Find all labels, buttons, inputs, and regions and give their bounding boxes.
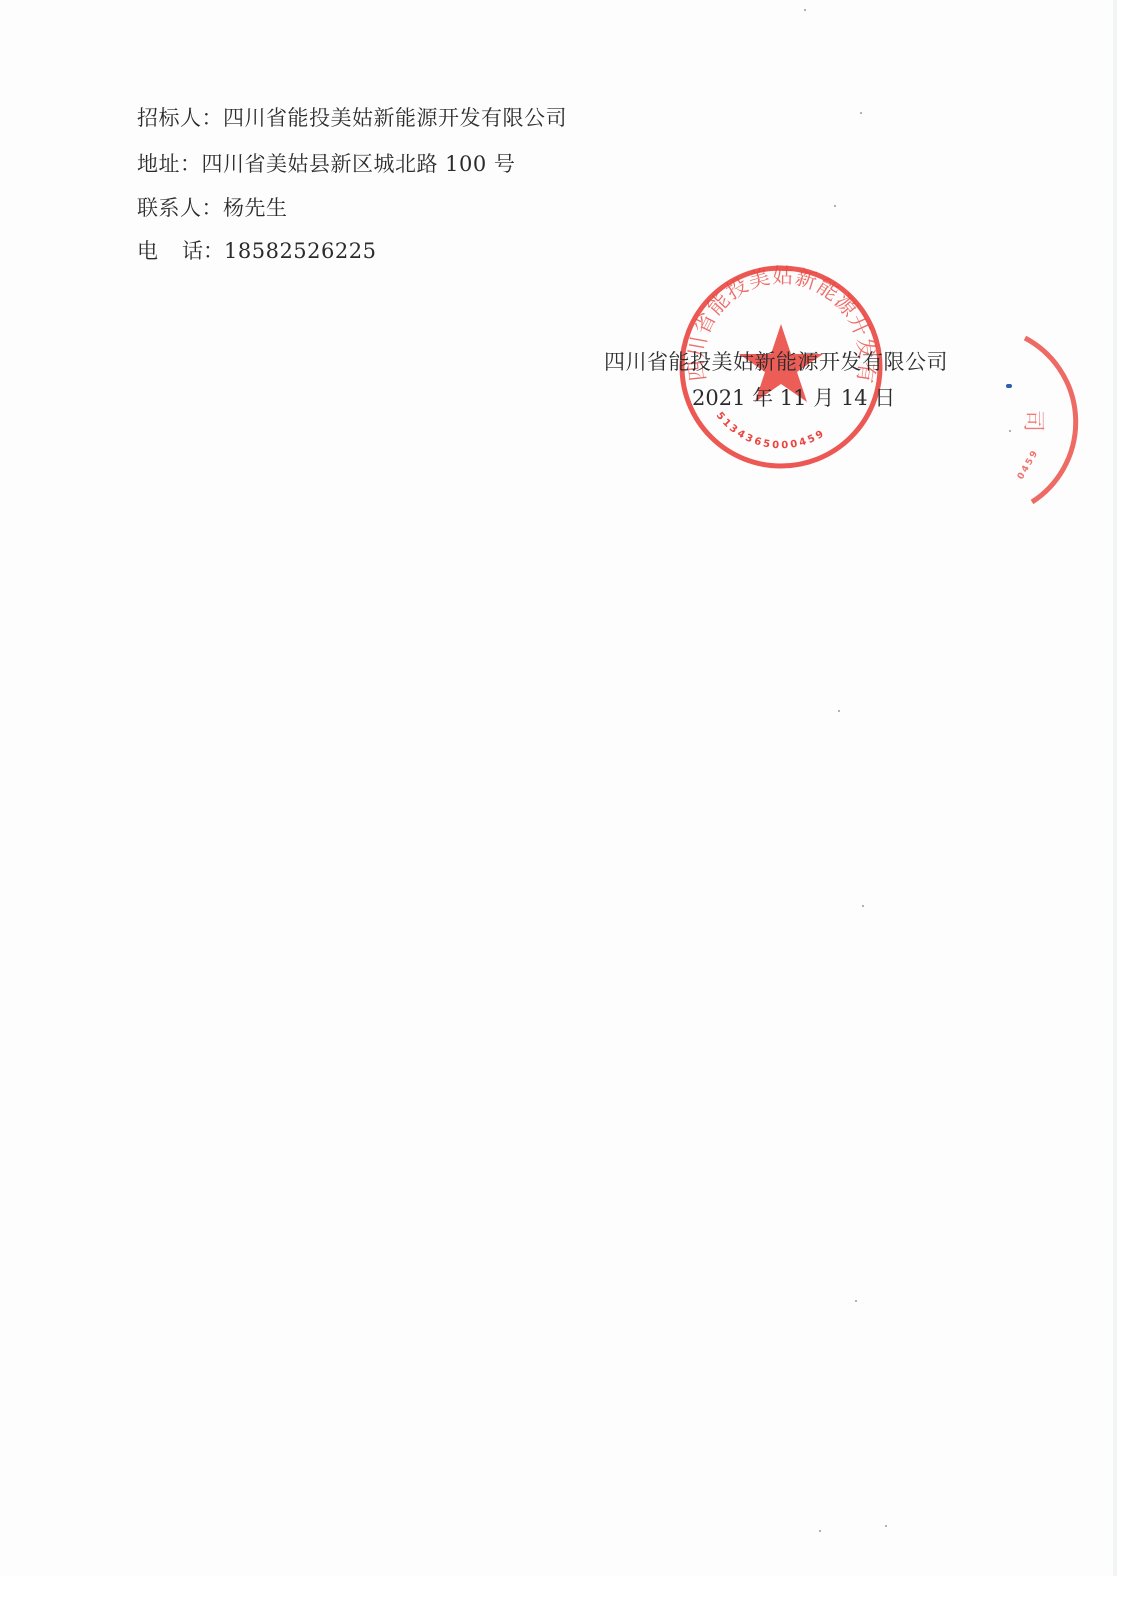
signature-date: 2021 年 11 月 14 日 xyxy=(692,384,895,412)
phone-label-char2: 话： xyxy=(182,239,224,263)
scan-dust xyxy=(834,205,836,207)
tenderer-value: 四川省能投美姑新能源开发有限公司 xyxy=(223,106,567,130)
signature-company: 四川省能投美姑新能源开发有限公司 xyxy=(604,348,948,376)
svg-text:0459: 0459 xyxy=(1016,448,1041,482)
address-value: 四川省美姑县新区城北路 100 号 xyxy=(202,152,516,176)
address-label: 地址： xyxy=(137,152,202,176)
contact-value: 杨先生 xyxy=(223,196,288,220)
phone-value: 18582526225 xyxy=(224,239,376,263)
scan-dust xyxy=(862,905,864,907)
address-line: 地址：四川省美姑县新区城北路 100 号 xyxy=(137,150,515,178)
phone-line: 电话：18582526225 xyxy=(137,237,376,265)
scan-dust xyxy=(860,112,862,114)
tenderer-line: 招标人：四川省能投美姑新能源开发有限公司 xyxy=(137,104,567,132)
scan-dust xyxy=(855,1300,857,1302)
svg-text:5134365000459: 5134365000459 xyxy=(714,410,828,451)
svg-text:司: 司 xyxy=(1020,410,1045,432)
scan-dust xyxy=(885,1525,887,1527)
scan-edge xyxy=(1113,0,1117,1576)
tenderer-label: 招标人： xyxy=(137,106,223,130)
phone-label: 电话： xyxy=(137,239,224,263)
partial-seal: 司 0459 xyxy=(980,330,1090,510)
contact-line: 联系人：杨先生 xyxy=(137,194,288,222)
phone-label-char1: 电 xyxy=(137,239,158,263)
scan-dust xyxy=(804,9,806,11)
contact-label: 联系人： xyxy=(137,196,223,220)
scan-dust xyxy=(819,1530,821,1532)
scan-dust xyxy=(838,710,840,712)
